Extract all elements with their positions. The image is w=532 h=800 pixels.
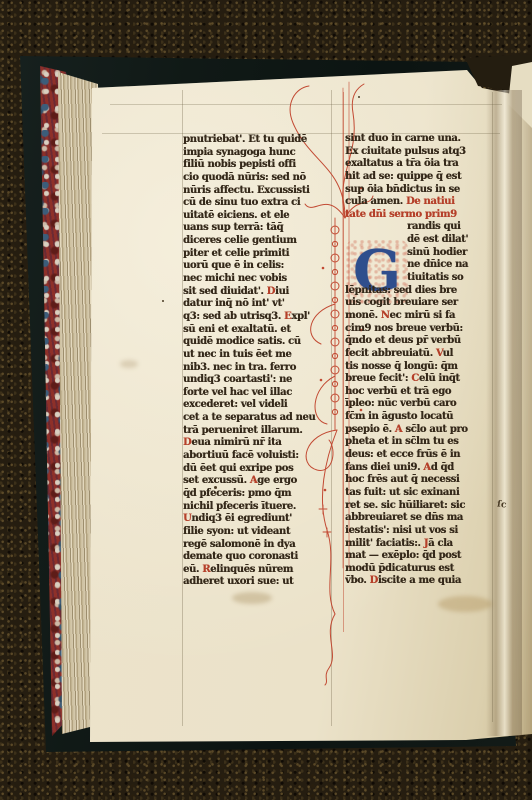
text-line: sup ōia bn̄dictus in se bbox=[345, 184, 497, 197]
text-line: sit sed diuidat'. Diui bbox=[183, 286, 335, 299]
text-line: fecit abbreuiatū. Vul bbox=[345, 348, 497, 361]
text-line: filie syon: ut videant bbox=[183, 526, 335, 539]
text-line: milit' faciatis:. Jā cla bbox=[345, 538, 497, 551]
text-line: ut nec in tuis ēet me bbox=[183, 349, 335, 362]
text-line: tate dn̄i sermo prim9 bbox=[345, 209, 497, 222]
text-line: set excussū. Age ergo bbox=[183, 475, 335, 488]
text-line: v̄bo. Discite a me quia bbox=[345, 575, 497, 588]
text-line: tis nosse q̄ longū: q̄m bbox=[345, 361, 497, 374]
text-line: nec michi nec vobis bbox=[183, 273, 335, 286]
text-line: abbreuiaret se dn̄s ma bbox=[345, 512, 497, 525]
text-line: excederet: vel videli bbox=[183, 399, 335, 412]
text-line: iestatis': nisi ut vos si bbox=[345, 525, 497, 538]
text-line: pheta et in sc̄lm tu es bbox=[345, 436, 497, 449]
text-line: cim9 nos breue verbū: bbox=[345, 323, 497, 336]
text-line: uorū que ē in celis: bbox=[183, 260, 335, 273]
text-line: q̄d pfeceris: pmo q̄m bbox=[183, 488, 335, 501]
text-line: dū ēet qui exripe pos bbox=[183, 463, 335, 476]
text-line: dē est dilat' bbox=[345, 234, 497, 247]
text-line: cet a te separatus ad neu bbox=[183, 412, 335, 425]
text-line: hoc verbū et trā ego bbox=[345, 386, 497, 399]
text-line: filiū nobis pepisti offi bbox=[183, 159, 335, 172]
text-line: nib3. nec in tra. ferro bbox=[183, 362, 335, 375]
text-line: hit ad se: quippe q̄ est bbox=[345, 171, 497, 184]
text-line: uis cogit breuiare ser bbox=[345, 297, 497, 310]
text-line: tiuitatis so bbox=[345, 272, 497, 285]
text-line: cula amen. De natiui bbox=[345, 196, 497, 209]
text-line: monē. Nec mirū si fa bbox=[345, 310, 497, 323]
text-line: Undiq3 ēi egrediunt' bbox=[183, 513, 335, 526]
text-line: modū p̄dicaturus est bbox=[345, 563, 497, 576]
text-line: uans sup terrā: tāq̄ bbox=[183, 222, 335, 235]
text-line: exaltatus a tr̄a ōia tra bbox=[345, 158, 497, 171]
text-line: breue fecit': Celū inq̄t bbox=[345, 373, 497, 386]
text-line: randis qui bbox=[345, 221, 497, 234]
stain bbox=[232, 592, 272, 604]
text-line: q3: sed ab utrisq3. Expl' bbox=[183, 311, 335, 324]
text-line: Deua nimirū nr̄ ita bbox=[183, 437, 335, 450]
text-line: cū de sinu tuo extra ci bbox=[183, 197, 335, 210]
ink-speck bbox=[214, 486, 217, 489]
text-column-left: pnutriebat'. Et tu quidēimpia synagoga h… bbox=[183, 134, 335, 589]
stain bbox=[120, 360, 138, 368]
text-line: abortiuū facē voluisti: bbox=[183, 450, 335, 463]
text-line: pnutriebat'. Et tu quidē bbox=[183, 134, 335, 147]
text-line: hoc frēs aut q̄ necessi bbox=[345, 474, 497, 487]
text-line: sinū hodier bbox=[345, 247, 497, 260]
text-line: piter et celie primiti bbox=[183, 248, 335, 261]
text-line: fc̄m in āgusto locatū bbox=[345, 411, 497, 424]
text-line: q̄ndo et deus pr̄ verbū bbox=[345, 335, 497, 348]
marginal-mark: ſc bbox=[496, 499, 507, 510]
text-line: Ex ciuitate pulsus atq3 bbox=[345, 146, 497, 159]
text-line: sū eni et exaltatū. et bbox=[183, 324, 335, 337]
manuscript-photo: G pnutriebat'. Et tu quidēimpia synagoga… bbox=[0, 0, 532, 800]
text-line: trā perueniret illarum. bbox=[183, 425, 335, 438]
text-column-right: sint duo in carne una.Ex ciuitate pulsus… bbox=[345, 133, 497, 588]
text-line: ne dn̄ice na bbox=[345, 259, 497, 272]
text-line: īpleo: nūc verbū caro bbox=[345, 398, 497, 411]
text-line: mat — exēplo: q̄d post bbox=[345, 550, 497, 563]
text-line: nūris affectu. Excussisti bbox=[183, 185, 335, 198]
text-line: regē salomonē in dya bbox=[183, 539, 335, 552]
text-line: psepio ē. A sc̄lo aut pro bbox=[345, 424, 497, 437]
text-line: nichil pfeceris ītuere. bbox=[183, 501, 335, 514]
text-line: forte vel hac vel illac bbox=[183, 387, 335, 400]
text-line: cio quodā nūris: sed nō bbox=[183, 172, 335, 185]
ink-speck bbox=[358, 96, 360, 98]
text-line: uitatē eiciens. et ele bbox=[183, 210, 335, 223]
text-line: tas fuit: ut sic exinani bbox=[345, 487, 497, 500]
text-line: impia synagoga hunc bbox=[183, 147, 335, 160]
text-line: quidē modice satis. cū bbox=[183, 336, 335, 349]
text-line: demate quo coronasti bbox=[183, 551, 335, 564]
text-line: eū. Relinquēs nūrem bbox=[183, 564, 335, 577]
text-line: ret se. sic hūiliaret: sic bbox=[345, 500, 497, 513]
text-line: lēpnitas: sed dies bre bbox=[345, 285, 497, 298]
text-line: deus: et ecce frūs ē in bbox=[345, 449, 497, 462]
text-line: datur inq̄ nō int' vt' bbox=[183, 298, 335, 311]
text-line: sint duo in carne una. bbox=[345, 133, 497, 146]
text-line: adheret uxori sue: ut bbox=[183, 576, 335, 589]
stain bbox=[438, 596, 492, 612]
text-line: undiq3 coartasti': ne bbox=[183, 374, 335, 387]
text-line: fans diei uni9. Ad q̄d bbox=[345, 462, 497, 475]
text-line: diceres celie gentium bbox=[183, 235, 335, 248]
ink-speck bbox=[162, 300, 164, 302]
